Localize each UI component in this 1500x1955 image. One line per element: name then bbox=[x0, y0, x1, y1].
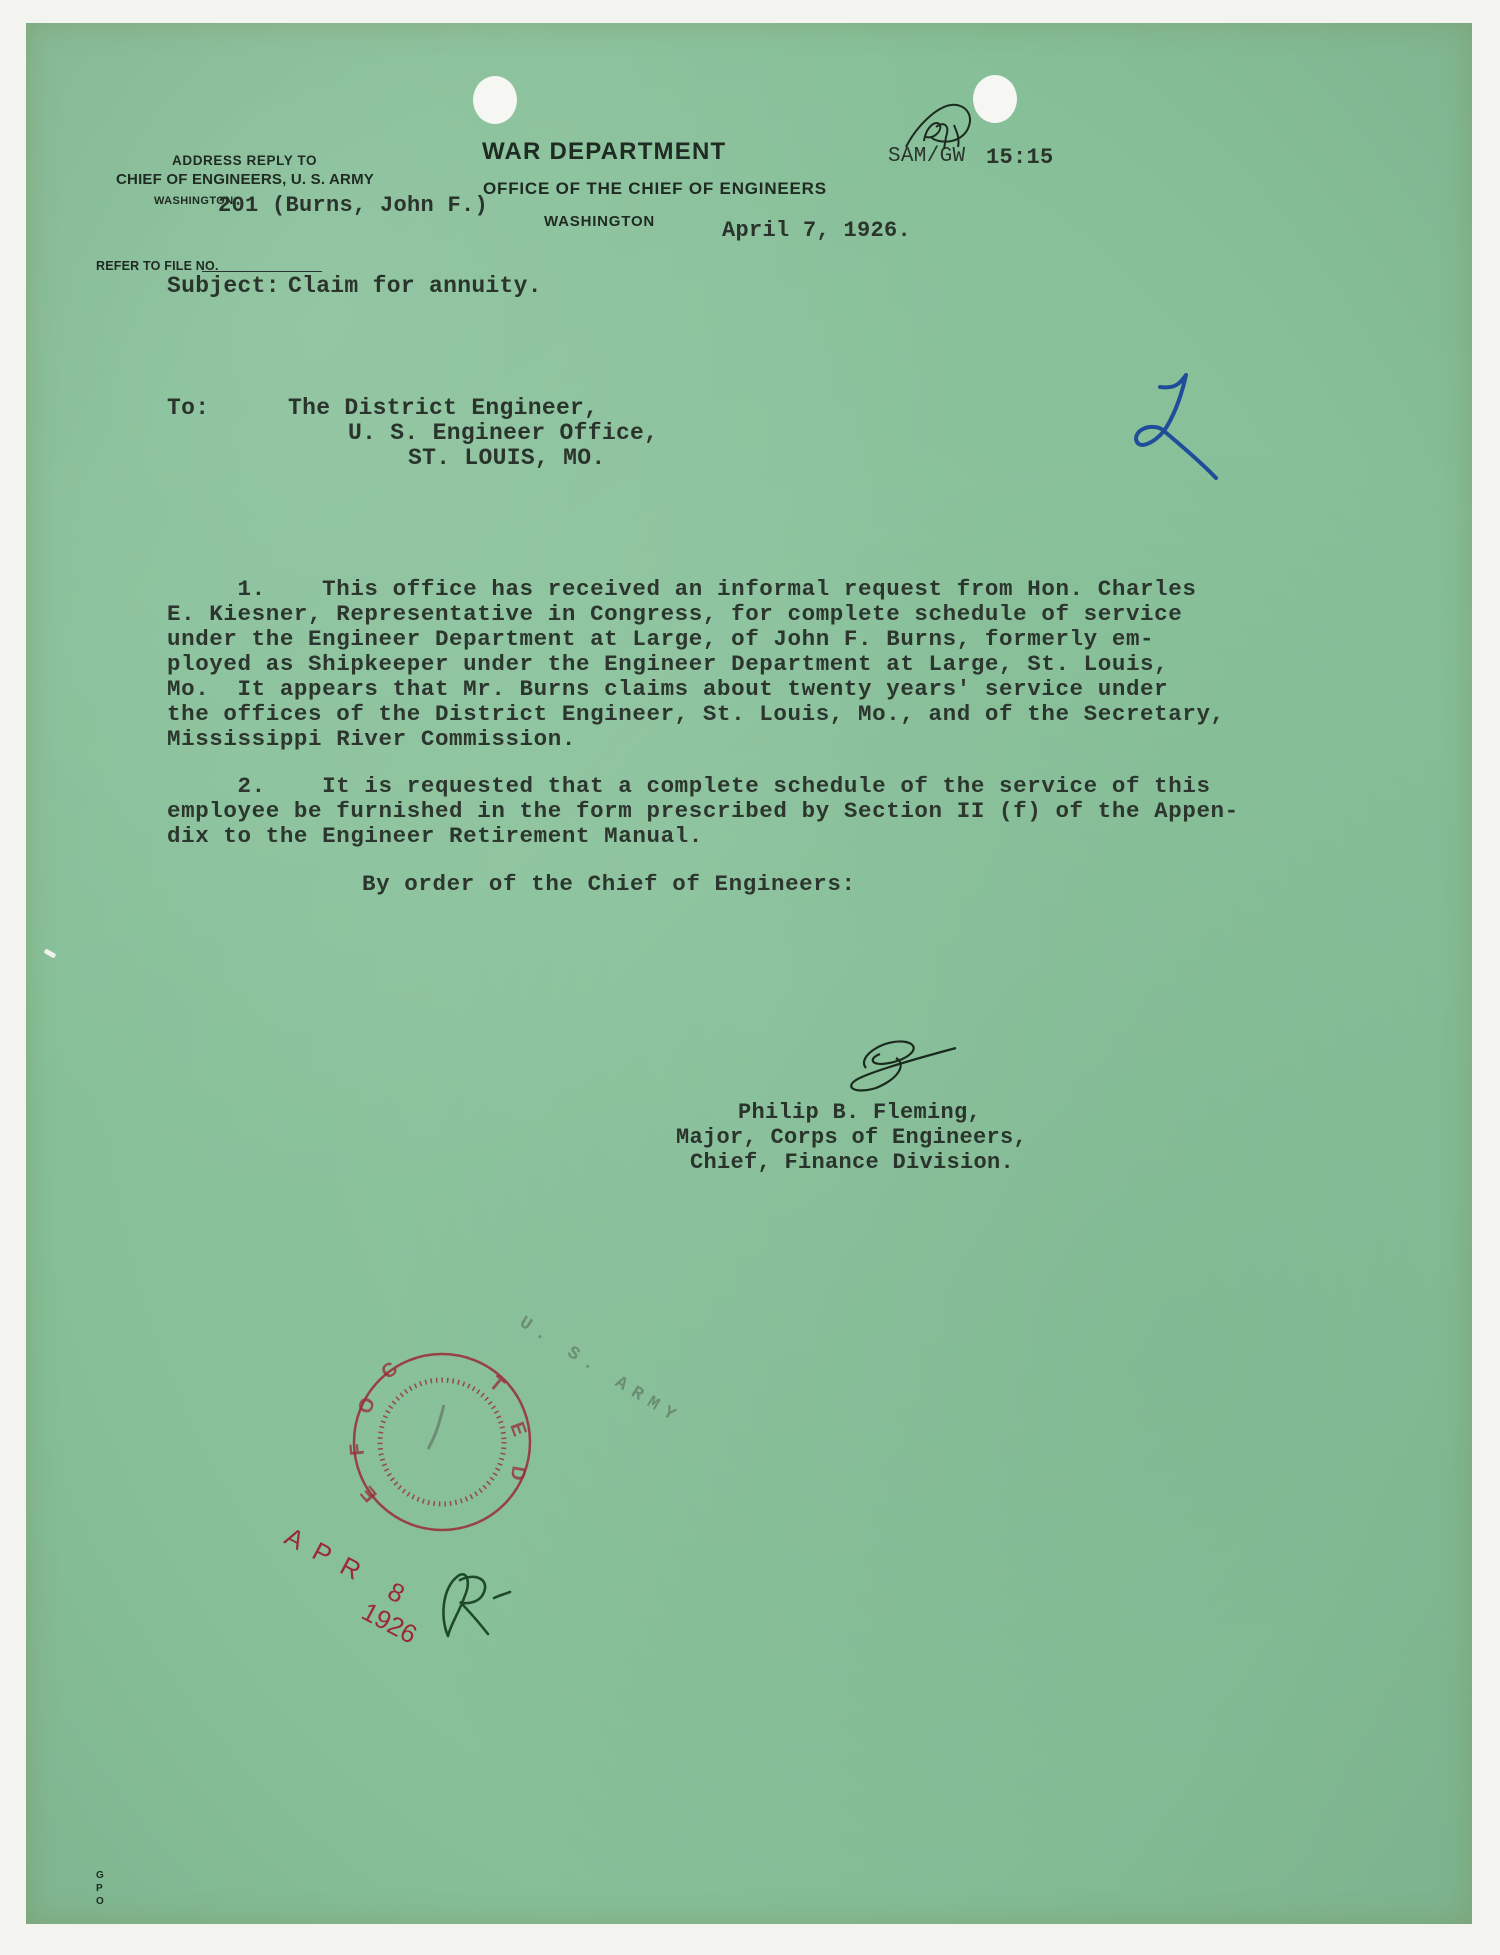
signatory-rank: Major, Corps of Engineers, bbox=[676, 1125, 1027, 1150]
signatory-name: Philip B. Fleming, bbox=[738, 1100, 981, 1125]
blue-pencil-mark-icon bbox=[1106, 353, 1216, 483]
body-paragraph-1-line-6: the offices of the District Engineer, St… bbox=[167, 701, 1225, 727]
body-paragraph-2-line-2: employee be furnished in the form prescr… bbox=[167, 798, 1239, 824]
recipient-line-2: U. S. Engineer Office, bbox=[348, 420, 658, 446]
recipient-line-1: The District Engineer, bbox=[288, 395, 598, 421]
body-paragraph-1-line-7: Mississippi River Commission. bbox=[167, 726, 576, 752]
binder-hole-right bbox=[973, 75, 1017, 123]
document-page: ADDRESS REPLY TO CHIEF OF ENGINEERS, U. … bbox=[26, 23, 1472, 1924]
subject-value: Claim for annuity. bbox=[288, 273, 542, 299]
body-paragraph-1-line-2: E. Kiesner, Representative in Congress, … bbox=[167, 601, 1182, 627]
body-paragraph-2-line-1: 2. It is requested that a complete sched… bbox=[167, 773, 1211, 799]
svg-text:T: T bbox=[485, 1372, 509, 1397]
body-paragraph-1-line-1: 1. This office has received an informal … bbox=[167, 576, 1196, 602]
printer-mark-o: O bbox=[96, 1896, 104, 1907]
signature-scribble-icon bbox=[826, 1028, 986, 1098]
address-reply-to: ADDRESS REPLY TO bbox=[172, 153, 317, 168]
svg-text:D: D bbox=[506, 1464, 530, 1482]
handwritten-initial-r-icon bbox=[426, 1568, 516, 1648]
printer-mark-p: P bbox=[96, 1883, 103, 1894]
svg-text:F: F bbox=[346, 1442, 369, 1456]
body-paragraph-1-line-5: Mo. It appears that Mr. Burns claims abo… bbox=[167, 676, 1168, 702]
body-paragraph-1-line-3: under the Engineer Department at Large, … bbox=[167, 626, 1154, 652]
refer-to-file-label: REFER TO FILE NO. bbox=[96, 259, 219, 273]
paper-tear-mark bbox=[44, 948, 57, 958]
signatory-title: Chief, Finance Division. bbox=[690, 1150, 1014, 1175]
body-paragraph-1-line-4: ployed as Shipkeeper under the Engineer … bbox=[167, 651, 1168, 677]
recipient-line-3: ST. LOUIS, MO. bbox=[408, 445, 605, 471]
letterhead-city: WASHINGTON bbox=[544, 213, 655, 230]
subject-label: Subject: bbox=[167, 273, 280, 299]
letter-date: April 7, 1926. bbox=[722, 218, 911, 243]
time-stamp: 15:15 bbox=[986, 145, 1054, 170]
received-stamp-icon: C O F E T E D bbox=[348, 1345, 548, 1545]
file-reference: 201 (Burns, John F.) bbox=[218, 193, 488, 218]
printer-mark-g: G bbox=[96, 1870, 104, 1881]
binder-hole-left bbox=[473, 76, 517, 124]
department-title: WAR DEPARTMENT bbox=[482, 138, 726, 166]
chief-of-engineers-address: CHIEF OF ENGINEERS, U. S. ARMY bbox=[116, 171, 374, 188]
office-title: OFFICE OF THE CHIEF OF ENGINEERS bbox=[483, 179, 827, 199]
closing-line: By order of the Chief of Engineers: bbox=[362, 871, 856, 897]
handwritten-initials-icon bbox=[896, 97, 976, 157]
svg-text:E: E bbox=[505, 1419, 530, 1439]
file-number-line bbox=[202, 271, 322, 272]
to-label: To: bbox=[167, 395, 209, 421]
body-paragraph-2-line-3: dix to the Engineer Retirement Manual. bbox=[167, 823, 703, 849]
